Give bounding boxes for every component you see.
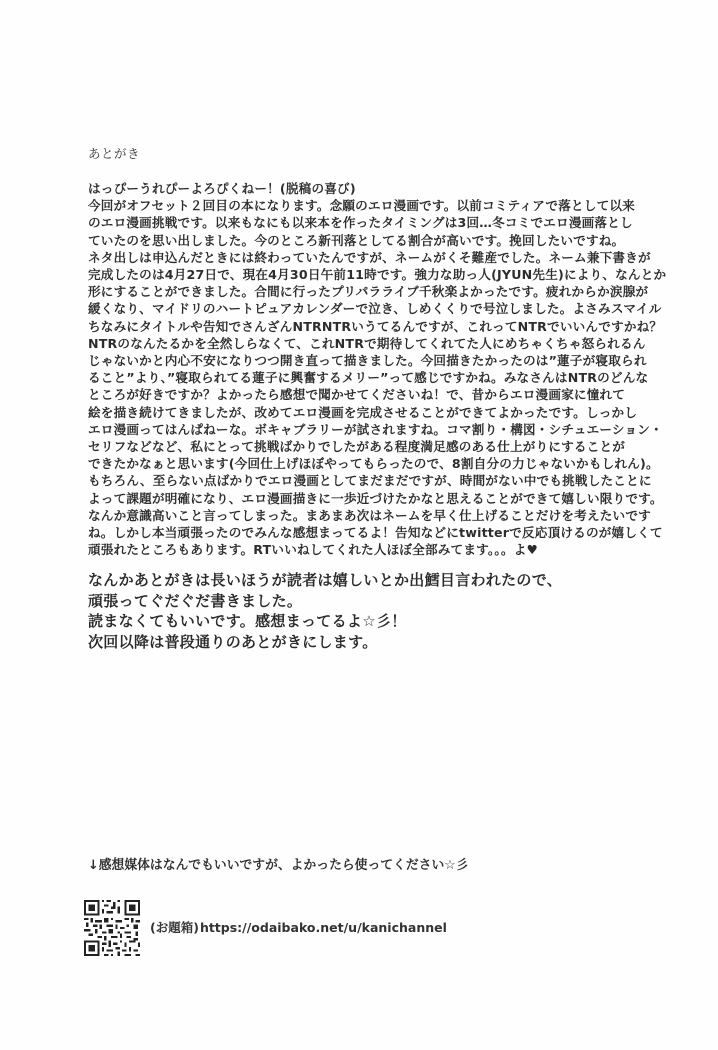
body-line: ること”より、”寝取られてる蓮子に興奮するメリー”って感じですかね。みなさんはN… xyxy=(88,369,658,386)
body-line: できたかなぁと思います(今回仕上げほぼやってもらったので、8割自分の力じゃないか… xyxy=(88,455,658,472)
body-line: もちろん、至らない点ばかりでエロ漫画としてまだまだですが、時間がない中でも挑戦し… xyxy=(88,472,658,489)
body-line: ネタ出しは申込んだときには終わっていたんですが、ネームがくそ難産でした。ネーム兼… xyxy=(88,249,658,266)
body-line-text: 頑張れたところもあります。RTいいねしてくれた人ほぼ全部みてます。。。よ xyxy=(88,542,527,557)
note-line: なんかあとがきは長いほうが読者は嬉しいとか出鱈目言われたので、 xyxy=(88,570,648,591)
odaibako-url[interactable]: https://odaibako.net/u/kanichannel xyxy=(200,920,447,935)
feedback-media-note: ↓感想媒体はなんでもいいですが、よかったら使ってください☆彡 xyxy=(88,858,469,874)
afterword-page: あとがき はっぴーうれぴーよろぴくねー！(脱稿の喜び) 今回がオフセット２回目の… xyxy=(0,0,718,1050)
side-note: なんかあとがきは長いほうが読者は嬉しいとか出鱈目言われたので、 頑張ってぐだぐだ… xyxy=(88,570,648,652)
body-line: のエロ漫画挑戦です。以来もなにも以来本を作ったタイミングは3回…冬コミでエロ漫画… xyxy=(88,214,658,231)
note-line: 読まなくてもいいです。感想まってるよ☆彡！ xyxy=(88,611,648,632)
body-line: ていたのを思い出しました。今のところ新刊落としてる割合が高いです。挽回したいです… xyxy=(88,232,658,249)
body-line: ちなみにタイトルや告知でさんざんNTRNTRいうてるんですが、これってNTRでい… xyxy=(88,318,658,335)
body-line: 絵を描き続けてきましたが、改めてエロ漫画を完成させることができてよかったです。し… xyxy=(88,404,658,421)
odaibako-label: (お題箱) xyxy=(150,920,199,935)
note-line: 次回以降は普段通りのあとがきにします。 xyxy=(88,632,648,653)
body-line: エロ漫画ってはんぱねーな。ボキャブラリーが試されますね。コマ割り・構図・シチュエ… xyxy=(88,421,658,438)
body-line: NTRのなんたるかを全然しらなくて、これNTRで期待してくれてた人にめちゃくちゃ… xyxy=(88,335,658,352)
afterword-body: はっぴーうれぴーよろぴくねー！(脱稿の喜び) 今回がオフセット２回目の本になりま… xyxy=(88,180,658,558)
body-line: ところが好きですか？よかったら感想で聞かせてくださいね！で、昔からエロ漫画家に憧… xyxy=(88,386,658,403)
body-line: なんか意識高いこと言ってしまった。まあまあ次はネームを早く仕上げることだけを考え… xyxy=(88,507,658,524)
body-line: セリフなどなど、私にとって挑戦ばかりでしたがある程度満足感のある仕上がりにするこ… xyxy=(88,438,658,455)
body-line: じゃないかと内心不安になりつつ開き直って描きました。今回描きたかったのは”蓮子が… xyxy=(88,352,658,369)
qr-code-icon[interactable] xyxy=(84,900,140,956)
body-line: 形にすることができました。合間に行ったプリパラライブ千秋楽よかったです。疲れから… xyxy=(88,283,658,300)
note-line: 頑張ってぐだぐだ書きました。 xyxy=(88,591,648,612)
body-line: はっぴーうれぴーよろぴくねー！(脱稿の喜び) xyxy=(88,180,658,197)
odaibako-link-row: (お題箱)https://odaibako.net/u/kanichannel xyxy=(84,900,447,956)
page-title: あとがき xyxy=(88,146,140,162)
body-line: よって課題が明確になり、エロ漫画描きに一歩近づけたかなと思えることができて嬉しい… xyxy=(88,490,658,507)
body-line: 今回がオフセット２回目の本になります。念願のエロ漫画です。以前コミティアで落とし… xyxy=(88,197,658,214)
body-line-last: 頑張れたところもあります。RTいいねしてくれた人ほぼ全部みてます。。。よ♥ xyxy=(88,541,658,558)
heart-icon: ♥ xyxy=(527,542,539,557)
odaibako-link[interactable]: (お題箱)https://odaibako.net/u/kanichannel xyxy=(150,920,447,936)
body-line: 緩くなり、マイドリのハートピュアカレンダーで泣き、しめくくりで号泣しました。よさ… xyxy=(88,300,658,317)
body-line: 完成したのは4月27日で、現在4月30日午前11時です。強力な助っ人(JYUN先… xyxy=(88,266,658,283)
body-line: ね。しかし本当頑張ったのでみんな感想まってるよ！告知などにtwitterで反応頂… xyxy=(88,524,658,541)
